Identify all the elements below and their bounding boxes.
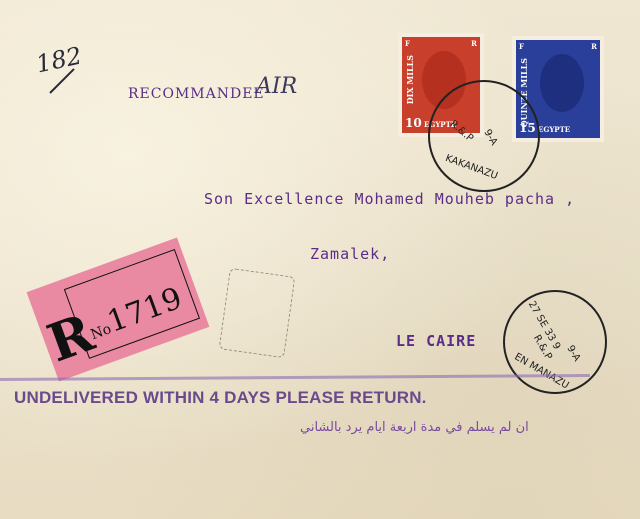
return-instruction-arabic: ان لم يسلم في مدة اربعة ايام يرد بالشاني bbox=[300, 420, 529, 435]
stamp-denomination: DIX MILLS bbox=[405, 55, 415, 104]
cancel-bar bbox=[0, 374, 590, 381]
handwritten-air: AIR bbox=[256, 74, 297, 99]
postmark-line: 9-A bbox=[564, 344, 582, 364]
recommandee-stamp: RECOMMANDEE bbox=[128, 86, 265, 102]
portrait-oval bbox=[540, 54, 584, 112]
address-line-1: Son Excellence Mohamed Mouheb pacha , bbox=[204, 190, 575, 208]
stamp-country: EGYPTE bbox=[538, 125, 570, 134]
stamp-value: 10 bbox=[405, 116, 422, 130]
postmark-line: R.&.P bbox=[448, 119, 476, 145]
address-line-3: LE CAIRE bbox=[396, 332, 476, 350]
stamp-corner-left: F bbox=[519, 42, 524, 51]
faded-cachet bbox=[219, 268, 296, 358]
postmark-2: 27 SE 33 9 R.&.P 9-A EN MANAZU bbox=[503, 290, 607, 394]
stamp-corner-right: R bbox=[471, 39, 477, 48]
return-instruction-english: UNDELIVERED WITHIN 4 DAYS PLEASE RETURN. bbox=[14, 388, 427, 408]
registration-label: R No1719 bbox=[27, 238, 210, 382]
stamp-corner-left: F bbox=[405, 39, 410, 48]
handwritten-number: 182 bbox=[34, 42, 85, 79]
postmark-line: 9-A bbox=[481, 128, 499, 148]
postmark-line: KAKANAZU bbox=[444, 153, 499, 182]
stamp-corner-right: R bbox=[591, 42, 597, 51]
postmark-1: R.&.P 9-A KAKANAZU bbox=[428, 80, 540, 192]
address-line-2: Zamalek, bbox=[310, 245, 390, 263]
envelope: 182 RECOMMANDEE AIR F R DIX MILLS 10 EGY… bbox=[0, 0, 640, 519]
